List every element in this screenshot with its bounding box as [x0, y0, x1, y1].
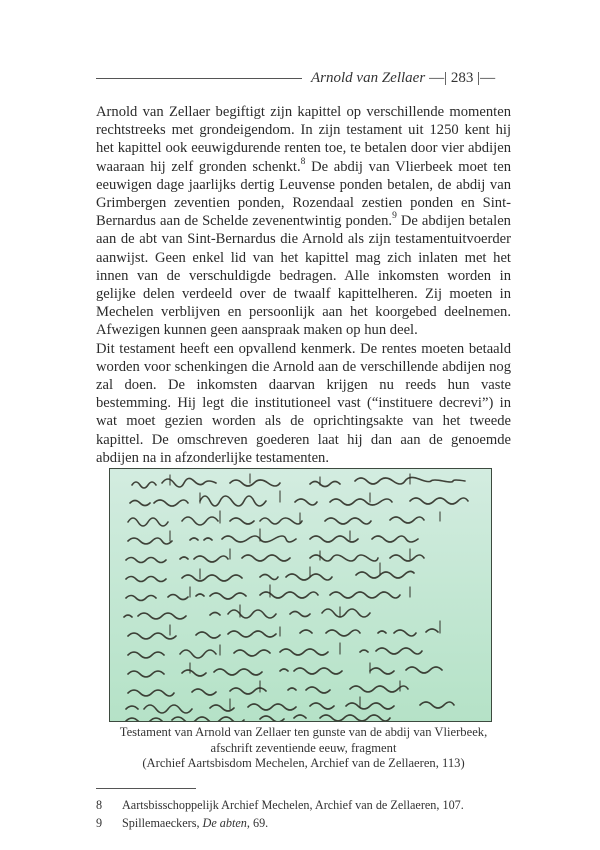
caption-line-3: (Archief Aartsbisdom Mechelen, Archief v…: [96, 756, 511, 772]
body-text: Arnold van Zellaer begiftigt zijn kapitt…: [96, 103, 511, 467]
footnote-ref-9[interactable]: 9: [392, 211, 397, 221]
footnote-separator: [96, 788, 196, 789]
caption-line-2: afschrift zeventiende eeuw, fragment: [96, 741, 511, 757]
running-head: Arnold van Zellaer —| 283 |—: [96, 68, 516, 88]
paragraph-2: Dit testament heeft een opvallend kenmer…: [96, 340, 511, 467]
footnotes: 8 Aartsbisschoppelijk Archief Mechelen, …: [96, 797, 516, 833]
paragraph-1: Arnold van Zellaer begiftigt zijn kapitt…: [96, 103, 511, 340]
figure-caption: Testament van Arnold van Zellaer ten gun…: [96, 725, 511, 772]
caption-line-1: Testament van Arnold van Zellaer ten gun…: [96, 725, 511, 741]
footnote-text: Spillemaeckers, De abten, 69.: [122, 815, 268, 831]
page-number: —| 283 |—: [429, 70, 495, 87]
footnote-text-after: , 69.: [247, 816, 268, 830]
footnote-ref-8[interactable]: 8: [301, 157, 306, 167]
footnote-number: 8: [96, 797, 122, 813]
footnote-8: 8 Aartsbisschoppelijk Archief Mechelen, …: [96, 797, 516, 813]
footnote-text: Aartsbisschoppelijk Archief Mechelen, Ar…: [122, 797, 464, 813]
footnote-number: 9: [96, 815, 122, 831]
footnote-title-italic: De abten: [203, 816, 247, 830]
footnote-text-before: Spillemaeckers,: [122, 816, 203, 830]
manuscript-handwriting-image: [110, 469, 491, 721]
running-head-title: Arnold van Zellaer: [311, 70, 425, 87]
footnote-9: 9 Spillemaeckers, De abten, 69.: [96, 815, 516, 831]
header-rule: [96, 78, 302, 79]
paragraph-1-text-c: De abdijen betalen aan de abt van Sint-B…: [96, 213, 511, 338]
manuscript-figure: [109, 468, 492, 722]
